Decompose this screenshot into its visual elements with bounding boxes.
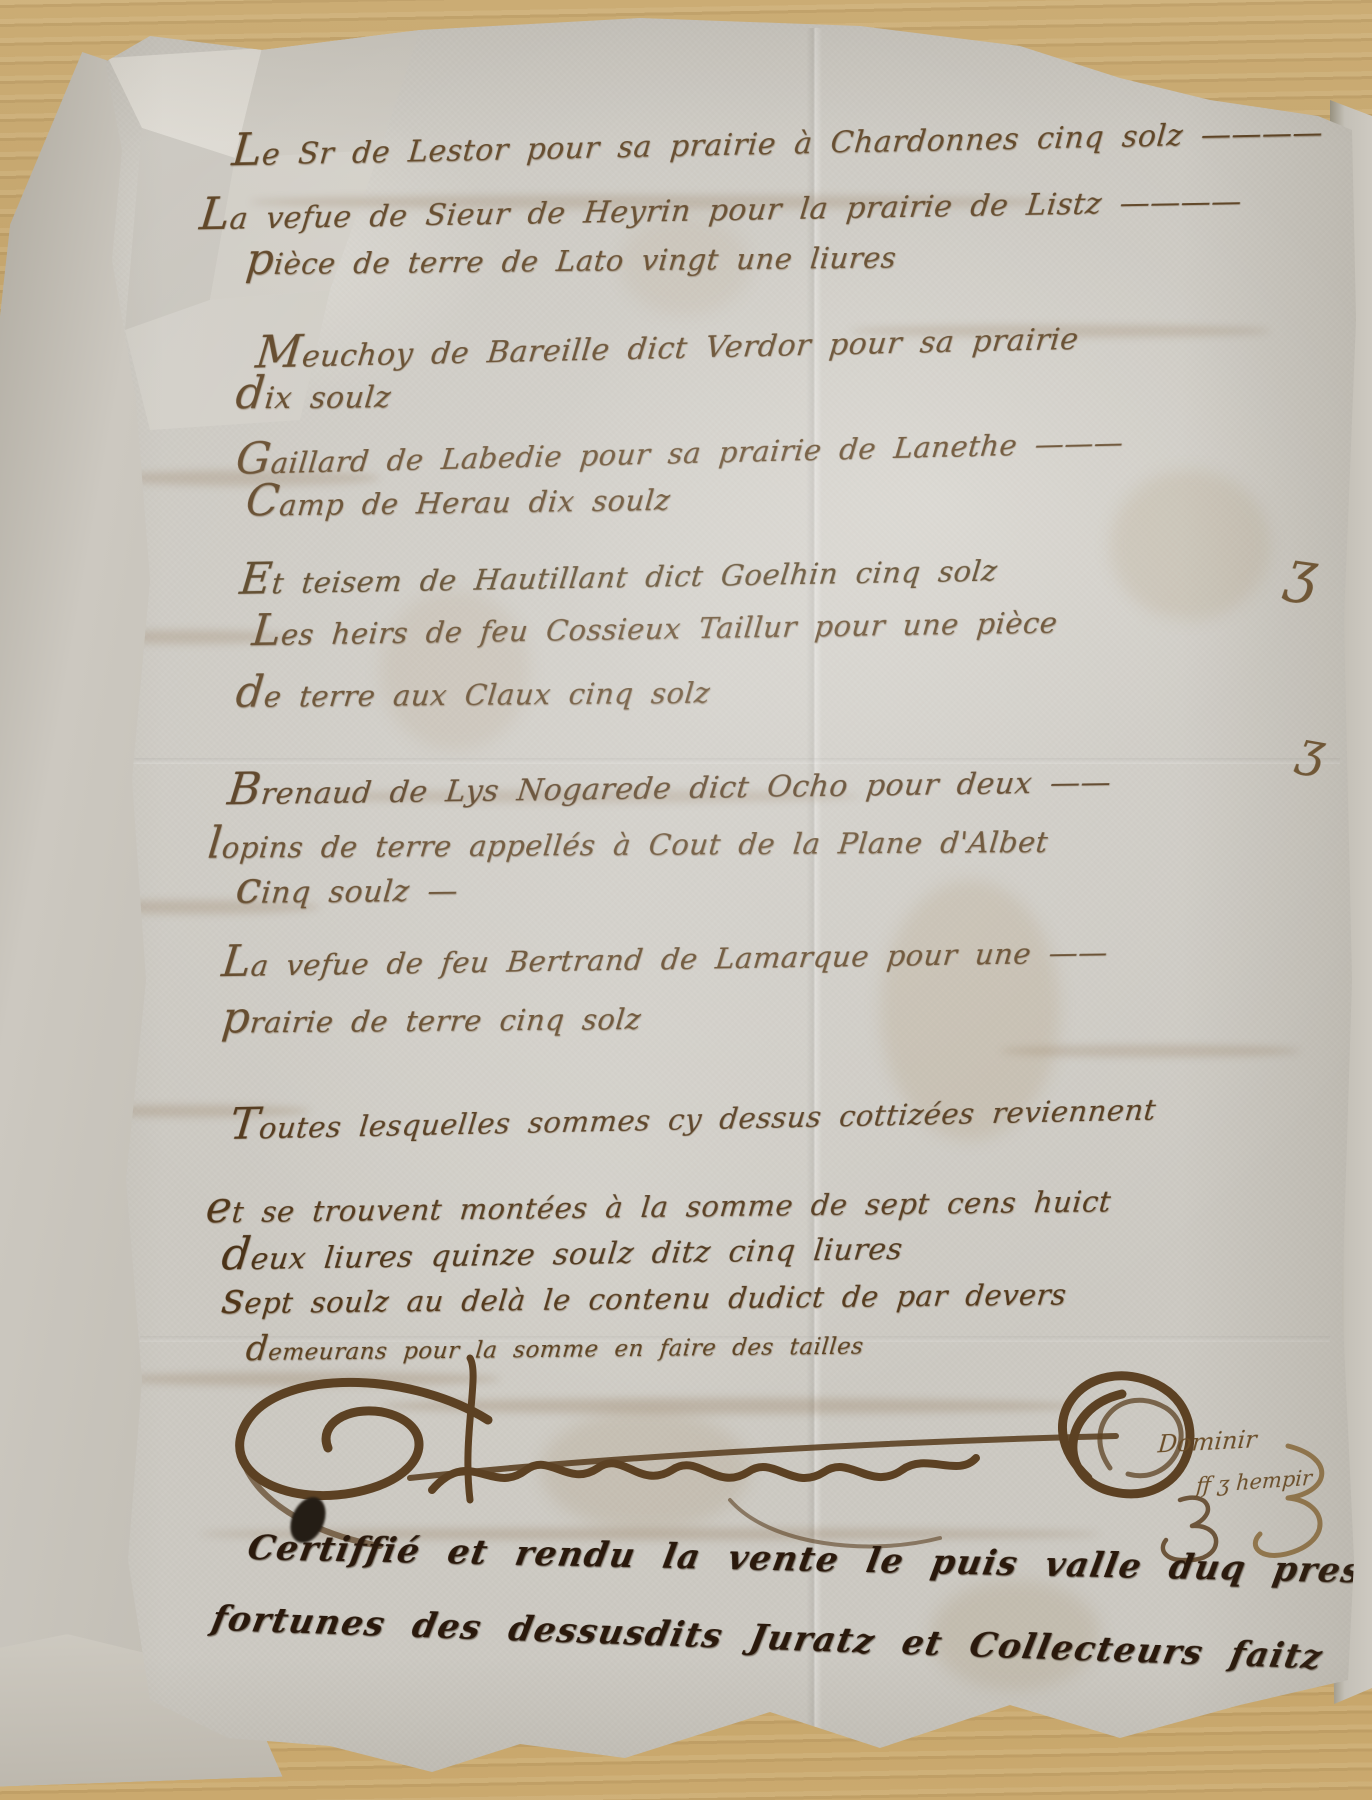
manuscript-line: sept soulz au delà le contenu dudict de …	[220, 1266, 1070, 1325]
manuscript-page: Le Sr de Lestor pour sa prairie à Chardo…	[0, 0, 1372, 1800]
manuscript-line: Camp de Herau dix soulz	[244, 471, 673, 527]
manuscript-line: Gaillard de Labedie pour sa prairie de L…	[234, 413, 1127, 485]
manuscript-line: de terre aux Claux cinq solz	[234, 664, 713, 718]
manuscript-line: Brenaud de Lys Nogarede dict Ocho pour d…	[225, 750, 1115, 815]
signature-side-word: Dominir	[1157, 1425, 1258, 1458]
manuscript-line: cinq soulz —	[233, 859, 461, 914]
manuscript-photograph: Le Sr de Lestor pour sa prairie à Chardo…	[0, 0, 1372, 1800]
paper-stain	[1110, 470, 1270, 620]
manuscript-line: dix soulz	[233, 365, 394, 419]
certification-line: fortunes des dessusdits Juratz et Collec…	[208, 1599, 1326, 1678]
manuscript-line: Et teisem de Hautillant dict Goelhin cin…	[237, 541, 1000, 604]
ink-bleedthrough	[1000, 1045, 1300, 1057]
manuscript-line: pièce de terre de Lato vingt une liures	[244, 229, 899, 286]
margin-flourish: ʒ	[1282, 538, 1322, 607]
margin-flourish: ʒ	[1293, 720, 1329, 780]
manuscript-line: Toutes lesquelles sommes cy dessus cotti…	[228, 1080, 1159, 1150]
manuscript-line: Les heirs de feu Cossieux Taillur pour u…	[250, 594, 1060, 657]
manuscript-line: prairie de terre cinq solz	[220, 990, 644, 1044]
manuscript-line: Le Sr de Lestor pour sa prairie à Chardo…	[230, 101, 1326, 177]
